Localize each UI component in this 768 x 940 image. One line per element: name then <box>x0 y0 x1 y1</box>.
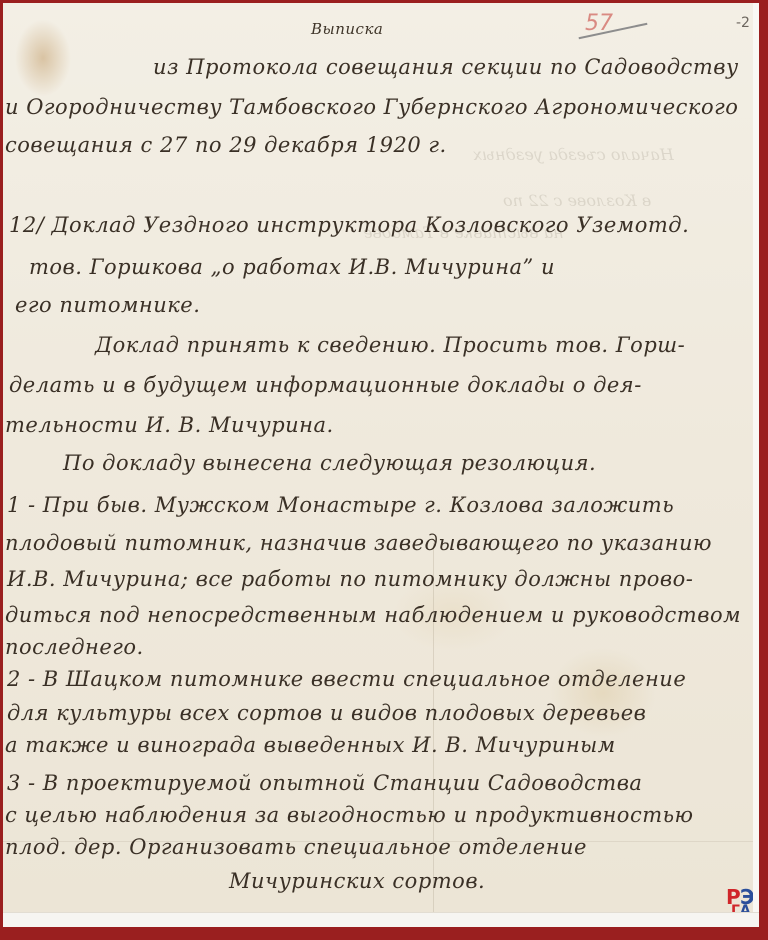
resolution-2-line: а также и винограда выведенных И. В. Мич… <box>5 733 616 757</box>
header-line: и Огородничеству Тамбовского Губернского… <box>5 95 738 119</box>
resolution-intro-line: Доклад принять к сведению. Просить тов. … <box>95 333 685 357</box>
bleed-through-text: в Козлове с 22 по <box>503 191 651 210</box>
bleed-through-text: Начало съезда уездных <box>473 145 674 164</box>
header-line: совещания с 27 по 29 декабря 1920 г. <box>5 133 447 157</box>
item-12-line: 12/ Доклад Уездного инструктора Козловск… <box>9 213 689 237</box>
resolution-intro-line: делать и в будущем информационные доклад… <box>9 373 642 397</box>
resolution-3-line: плод. дер. Организовать специальное отде… <box>5 835 587 859</box>
resolution-3-line: с целью наблюдения за выгодностью и прод… <box>5 803 694 827</box>
paper-background: Начало съезда уездных в Козлове с 22 по … <box>3 3 753 913</box>
resolution-1-line: плодовый питомник, назначив заведывающег… <box>5 531 712 555</box>
item-12-line: его питомнике. <box>15 293 200 317</box>
resolution-3-line: Мичуринских сортов. <box>229 869 485 893</box>
resolution-intro-line: тельности И. В. Мичурина. <box>5 413 334 437</box>
sheet-number: -2 <box>736 15 750 31</box>
scan-edge-bottom <box>3 912 759 927</box>
resolutions-heading: По докладу вынесена следующая резолюция. <box>63 451 596 475</box>
scan-edge-right <box>753 3 759 927</box>
item-12-line: тов. Горшкова „о работах И.В. Мичурина” … <box>29 255 555 279</box>
scanned-sheet: Начало съезда уездных в Козлове с 22 по … <box>3 3 759 927</box>
resolution-1-line: И.В. Мичурина; все работы по питомнику д… <box>7 567 693 591</box>
resolution-2-line: 2 - В Шацком питомнике ввести специально… <box>7 667 686 691</box>
resolution-1-line: 1 - При быв. Мужском Монастыре г. Козлов… <box>7 493 674 517</box>
resolution-3-line: 3 - В проектируемой опытной Станции Садо… <box>7 771 642 795</box>
resolution-1-line: последнего. <box>5 635 144 659</box>
resolution-1-line: диться под непосредственным наблюдением … <box>5 603 741 627</box>
header-line: из Протокола совещания секции по Садовод… <box>153 55 739 79</box>
resolution-2-line: для культуры всех сортов и видов плодовы… <box>7 701 646 725</box>
document-title: Выписка <box>311 20 383 38</box>
